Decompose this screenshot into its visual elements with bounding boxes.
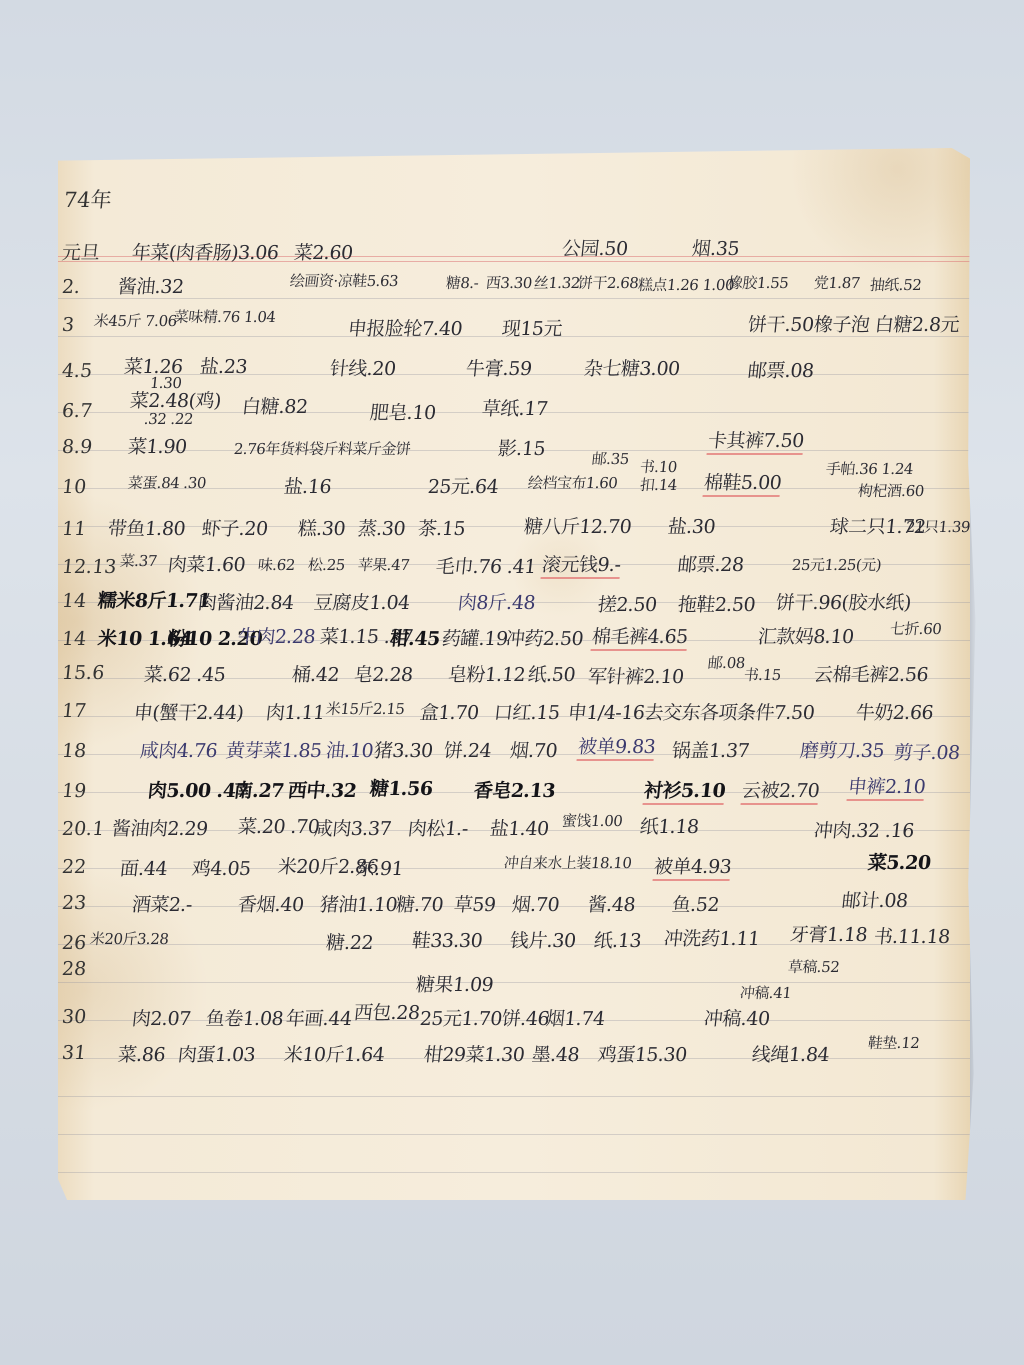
ledger-entry: 年菜(肉香肠)3.06 [131,238,280,265]
ledger-entry: 25元1.70 [419,1004,504,1031]
row-date: 6.7 [61,400,94,422]
row-date: 28 [61,958,87,980]
ledger-entry: 申报脸轮7.40 [347,314,464,341]
ledger-entry: 锅盖1.37 [671,736,751,763]
ledger-entry: 糖1.56 [369,774,435,801]
ledger-entry: 纸.13 [593,926,643,953]
ledger-entry: 米15斤2.15 [325,698,406,719]
ledger-entry: 抽纸.52 [869,274,923,295]
ledger-entry: 枸杞酒.60 [857,480,925,501]
ledger-entry: 饼干2.68 [577,272,640,293]
ledger-entry: 盐.23 [199,352,249,379]
ledger-entry: 冲药2.50 [505,624,585,651]
ledger-entry: 剪子.08 [893,738,962,765]
ledger-entry: 鱼.52 [671,890,721,917]
ledger-entry: 申(蟹干2.44) [133,698,245,725]
ledger-entry: 申裤2.10 [846,772,926,801]
ledger-entry: 猪油1.10 [319,890,399,917]
ledger-entry: 邮票.08 [747,356,816,383]
ledger-entry: 蜜饯1.00 [561,810,624,831]
ledger-entry: 丝1.32 [533,272,581,293]
ledger-entry: 公园.50 [561,234,630,261]
ledger-entry: 汇款妈8.10 [757,622,856,649]
ledger-entry: 鱼卷1.08 [205,1004,285,1031]
ledger-entry: 蒸.30 [357,514,407,541]
row-date: 31 [61,1042,87,1064]
ledger-entry: 云被2.70 [740,776,820,805]
ledger-entry: 西包.28 [353,998,422,1025]
ledger-entry: 糖.22 [325,928,375,955]
ledger-entry: 肉8斤.48 [457,588,537,615]
ledger-entry: 香皂2.13 [473,776,557,803]
ledger-entry: 纸.50 [527,660,577,687]
ledger-entry: 饼干.50 [747,310,816,337]
ledger-entry: 糖.70 [395,890,445,917]
ledger-entry: 七折.60 [889,618,943,639]
row-date: 8.9 [61,436,94,458]
ledger-entry: 钱片.30 [509,926,578,953]
ledger-entry: 纸1.18 [639,812,701,839]
row-date: 18 [61,740,87,762]
ledger-entry: 菜蛋.84 .30 [127,472,207,493]
ledger-entry: 烟.35 [691,234,741,261]
ledger-entry: 糖八斤12.70 [523,512,633,539]
ledger-entry: 书.11.18 [873,922,952,949]
ledger-entry: 黄芽菜1.85 [225,736,324,763]
row-date: 4.5 [61,360,94,382]
ruled-line [58,1172,970,1173]
ledger-entry: 云棉毛裤2.56 [813,660,930,687]
ledger-entry: 西中.32 [287,776,358,803]
ledger-entry: 党1.87 [813,272,861,293]
ledger-entry: 米20斤3.28 [89,928,170,949]
ledger-entry: 邮计.08 [841,886,910,913]
ledger-entry: 25元1.25(元) [791,554,882,575]
ledger-entry: 味.62 [257,554,296,575]
ledger-entry: 申1/4-16去交东各项条件7.50 [567,698,816,725]
ledger-entry: 菜2.60 [293,238,355,265]
ledger-entry: 菜.86 [117,1040,167,1067]
ledger-entry: 糕点1.26 1.00 [637,274,735,295]
ledger-entry: 冲自来水上装18.10 [503,852,633,873]
ledger-entry: 拖鞋2.50 [677,590,757,617]
row-date: 2. [61,276,81,298]
ledger-entry: 猪3.30 [373,736,435,763]
ledger-entry: 烟.70 [509,736,559,763]
ledger-entry: 面.44 [119,854,169,881]
ledger-entry: 墨.48 [531,1040,581,1067]
ledger-entry: 肉酱油2.84 [197,588,296,615]
ledger-entry: 鸡蛋15.30 [597,1040,689,1067]
ledger-entry: 鸡4.05 [191,854,253,881]
ledger-entry: 21只1.39 [905,516,971,537]
ledger-entry: 棉毛裤4.65 [590,622,689,651]
ruled-line [58,298,970,299]
row-date: 3 [61,314,75,336]
ledger-entry: 烟.70 [511,890,561,917]
ledger-entry: 绘档宝布1.60 [527,472,619,493]
ledger-page: 74年 元旦 年菜(肉香肠)3.06 菜2.60 公园.50 烟.35 2. 酱… [58,148,970,1200]
ledger-entry: 草59 [453,890,498,917]
ledger-entry: 肉菜1.60 [167,550,247,577]
ledger-entry: 滚元钱9.- [540,550,622,579]
ledger-entry: 豆腐皮1.04 [313,588,412,615]
row-date: 23 [61,892,87,914]
ledger-entry: 糖果1.09 [415,970,495,997]
ledger-entry: 茶.15 [417,514,467,541]
ledger-entry: 柑.45 [389,624,442,651]
ledger-entry: 冲肉.32 .16 [813,816,916,843]
ledger-entry: 25元.64 [427,472,500,499]
row-date: 10 [61,476,87,498]
ledger-entry: 西3.30 [485,272,533,293]
ledger-entry: 咸肉3.37 [313,814,393,841]
ledger-entry: 糯米8斤1.71 [97,586,212,613]
ledger-entry: 糖8.- [445,272,480,293]
ledger-entry: 肉松1.- [407,814,470,841]
ledger-entry: 带鱼1.80 [107,514,187,541]
ledger-entry: 棉鞋5.00 [702,468,782,497]
ledger-entry: 橡胶1.55 [727,272,790,293]
ledger-entry: 松.25 [307,554,346,575]
row-date: 元旦 [61,238,102,265]
ledger-entry: 咸肉4.76 [139,736,219,763]
ledger-entry: 桶.42 [291,660,341,687]
ledger-entry: 苹果.47 [357,554,411,575]
ledger-entry: 橡子泡 白糖2.8元 [813,310,961,337]
ledger-entry: 白糖.82 [241,392,310,419]
ledger-entry: 邮票.28 [677,550,746,577]
ledger-entry: 肉蛋1.03 [177,1040,257,1067]
ledger-entry: 草稿.52 [787,956,841,977]
ledger-entry: 冲洗药1.11 [663,924,762,951]
ledger-entry: 年画.44 [285,1004,354,1031]
ledger-entry: .32 .22 [143,410,194,428]
ledger-entry: 手帕.36 1.24 [825,458,914,479]
ledger-entry: 草纸.17 [481,394,550,421]
ledger-entry: 皂粉1.12 [447,660,527,687]
ledger-entry: 肥皂.10 [369,398,438,425]
ledger-entry: 2.76年货料袋斤料菜斤金饼 [233,438,412,459]
ledger-entry: 菜2.48(鸡) [129,386,223,413]
ledger-entry: 菜1.90 [127,432,189,459]
ledger-entry: 扣.14 [639,474,678,495]
ledger-entry: 毛巾.76 .41 [435,552,538,579]
ledger-entry: 牛膏.59 [465,354,534,381]
ledger-entry: 烟1.74 [545,1004,607,1031]
ledger-entry: 南.27 [233,776,286,803]
ledger-entry: 鞋33.30 [411,926,484,953]
ledger-entry: 饼.24 [443,736,493,763]
ledger-entry: 米45斤 7.06 [93,310,178,331]
ledger-entry: 邮.35 [591,448,630,469]
ledger-entry: 杂七糖3.00 [583,354,682,381]
ledger-entry: 酱油.32 [117,272,186,299]
ledger-entry: 牛肉2.28 [237,622,317,649]
ledger-entry: 被单4.93 [652,852,732,881]
ledger-entry: 影.15 [497,434,547,461]
ledger-entry: 搓2.50 [597,590,659,617]
ledger-entry: 鞋垫.12 [867,1032,921,1053]
ledger-entry: 酒菜2.- [131,890,194,917]
row-date: 19 [61,780,87,802]
ledger-entry: 油.10 [325,736,375,763]
ledger-entry: 肉1.11 [265,698,327,725]
ledger-entry: 冲稿.41 [739,982,793,1003]
ledger-entry: 酱.48 [587,890,637,917]
ledger-entry: 饼.46 [501,1004,551,1031]
ledger-entry: 菜.62 .45 [143,660,227,687]
row-date: 20.1 [61,818,106,840]
ledger-entry: 盒1.70 [419,698,481,725]
ledger-entry: 东.91 [355,854,405,881]
ledger-entry: 针线.20 [329,354,398,381]
year-label: 74年 [62,184,113,214]
ledger-entry: 绘画资·凉鞋5.63 [289,270,399,291]
ledger-entry: 酱油肉2.29 [111,814,210,841]
ledger-entry: 菜5.20 [867,848,933,875]
ledger-entry: 菜.37 [119,550,158,571]
row-date: 22 [61,856,87,878]
ledger-entry: 口红.15 [493,698,562,725]
ledger-entry: 卡其裤7.50 [706,426,805,455]
ledger-entry: 糕.30 [297,514,347,541]
ruled-line [58,1134,970,1135]
ledger-entry: 肉2.07 [131,1004,193,1031]
ruled-line [58,982,970,983]
row-date: 14 [61,628,87,650]
ledger-entry: 被单9.83 [576,732,656,761]
ledger-entry: 盐1.40 [489,814,551,841]
ledger-entry: 现15元 [501,314,564,341]
ledger-entry: 军针裤2.10 [587,662,686,689]
ledger-entry: 盐.30 [667,512,717,539]
ledger-entry: 磨剪刀.35 [799,736,886,763]
ledger-entry: 菜味精.76 1.04 [173,306,277,327]
ledger-entry: 衬衫5.10 [642,776,726,805]
ledger-entry: 饼干.96(胶水纸) [775,588,913,615]
ledger-entry: 虾子.20 [201,514,270,541]
ledger-entry: 盐.16 [283,472,333,499]
ledger-entry: 牙膏1.18 [789,920,869,947]
ledger-entry: 柑29菜1.30 [423,1040,526,1067]
ledger-entry: 米10斤1.64 [283,1040,386,1067]
ledger-entry: 药罐.19 [441,624,510,651]
ledger-entry: 菜.20 .70 [237,812,321,839]
ledger-entry: 线绳1.84 [751,1040,831,1067]
row-date: 17 [61,700,87,722]
row-date: 26 [61,932,87,954]
row-date: 11 [61,518,87,540]
row-date: 30 [61,1006,87,1028]
ruled-line [58,1096,970,1097]
ledger-entry: 香烟.40 [237,890,306,917]
ledger-entry: 邮.08 [707,652,746,673]
row-date: 12.13 [61,556,118,578]
row-date: 14 [61,590,87,612]
ledger-entry: 书.15 [743,664,782,685]
ledger-entry: 皂2.28 [353,660,415,687]
ledger-entry: 牛奶2.66 [855,698,935,725]
ledger-entry: 冲稿.40 [703,1004,772,1031]
row-date: 15.6 [61,662,106,684]
